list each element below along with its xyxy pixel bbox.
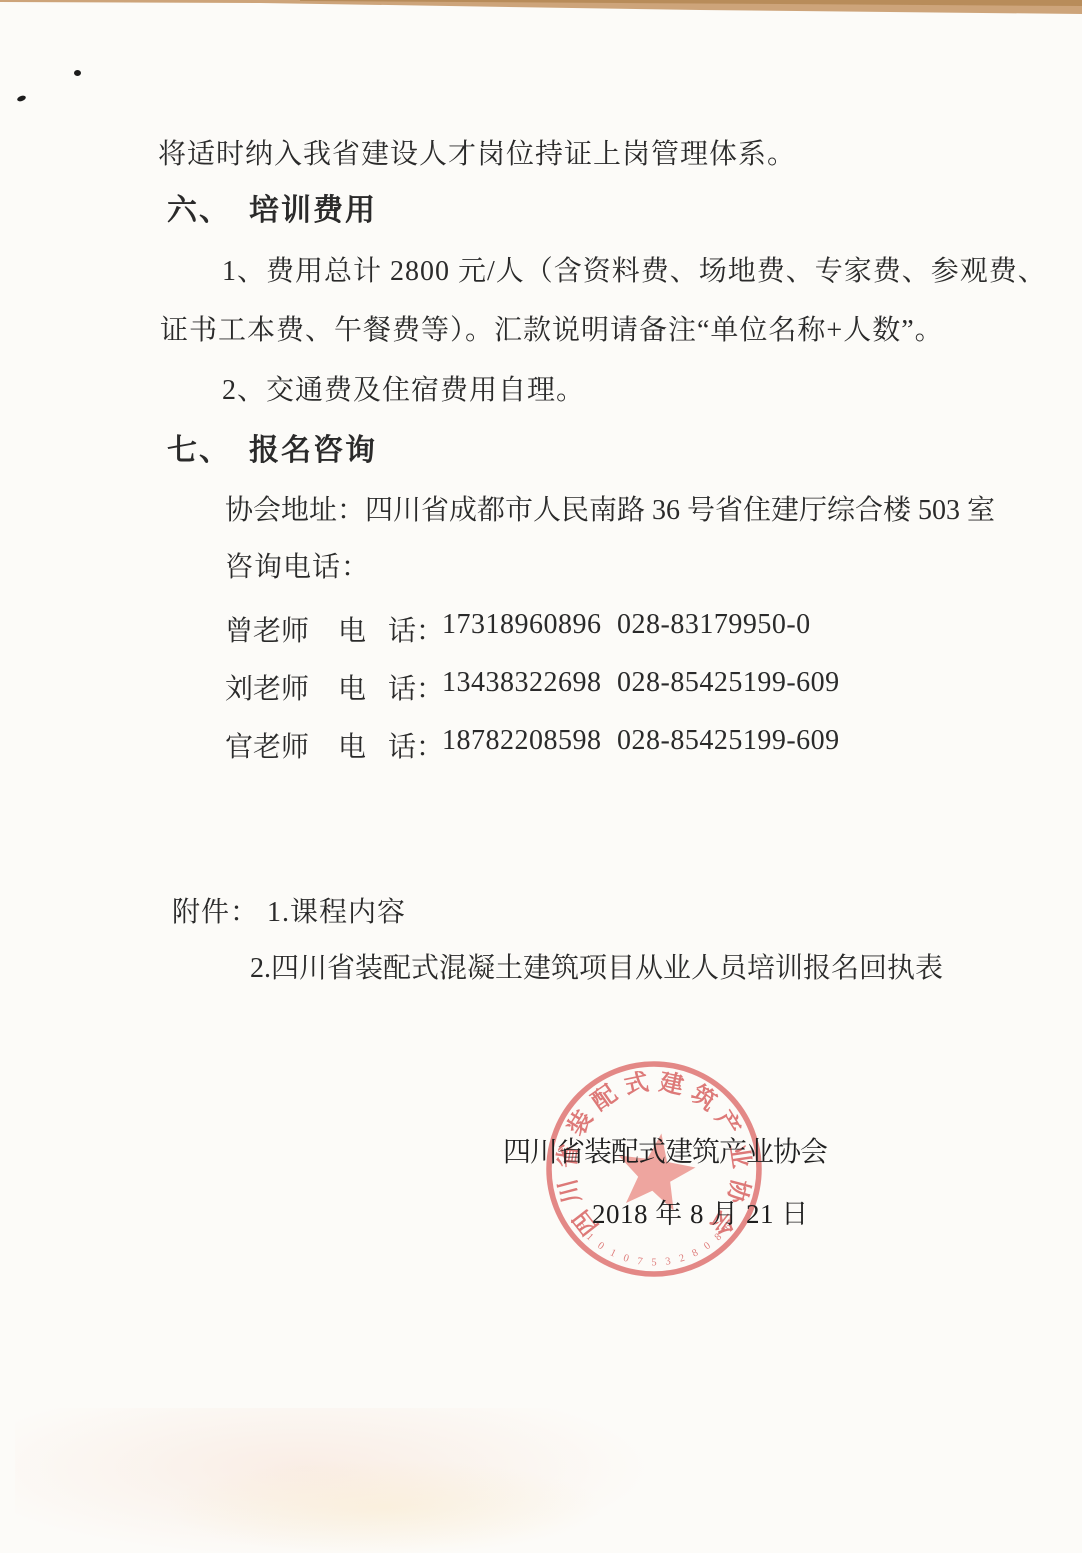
svg-text:5: 5 xyxy=(651,1258,656,1269)
ink-speck xyxy=(16,95,26,103)
contact-name: 曾老师 xyxy=(225,609,309,649)
svg-text:8: 8 xyxy=(690,1247,700,1259)
signature-org: 四川省装配式建筑产业协会 xyxy=(503,1130,827,1170)
svg-text:3: 3 xyxy=(665,1256,672,1268)
attachments-line: 附件：1.课程内容 xyxy=(172,896,406,930)
svg-text:0: 0 xyxy=(595,1240,606,1252)
svg-text:式: 式 xyxy=(622,1069,651,1100)
association-address: 协会地址：四川省成都市人民南路 36 号省住建厅综合楼 503 室 xyxy=(225,494,995,528)
attachments-label: 附件： xyxy=(172,897,259,928)
phone-label: 咨询电话： xyxy=(225,551,370,585)
signature-date: 2018 年 8 月 21 日 xyxy=(592,1192,809,1231)
svg-text:7: 7 xyxy=(636,1256,643,1268)
svg-text:建: 建 xyxy=(657,1069,686,1100)
svg-text:0: 0 xyxy=(622,1253,630,1265)
scan-noise-blotch xyxy=(15,1408,655,1553)
section-number: 七、 xyxy=(167,434,231,467)
svg-text:川: 川 xyxy=(555,1176,586,1206)
fee-item-1-line-2: 证书工本费、午餐费等）。汇款说明请备注“单位名称+人数”。 xyxy=(160,314,944,348)
section-title: 报名咨询 xyxy=(249,434,377,467)
contact-mobile-number: 13438322698 xyxy=(442,667,602,699)
contact-mobile-number: 18782208598 xyxy=(442,725,602,757)
ink-speck xyxy=(74,70,81,76)
section-number: 六、 xyxy=(167,194,231,227)
intro-paragraph: 将适时纳入我省建设人才岗位持证上岗管理体系。 xyxy=(158,138,796,172)
contact-name: 官老师 xyxy=(225,725,309,765)
contact-row: 曾老师 电 话： 17318960896 028-83179950-0 xyxy=(225,609,865,643)
scan-edge-top xyxy=(0,0,1082,18)
contact-name: 刘老师 xyxy=(225,667,309,707)
contact-tel-label: 电 xyxy=(338,667,366,707)
official-seal-stamp: 四川省装配式建筑产业协会 5101075328086 xyxy=(539,1052,773,1292)
contact-tel-label: 话： xyxy=(388,725,444,765)
section-heading-contact: 七、报名咨询 xyxy=(167,434,377,468)
section-title: 培训费用 xyxy=(249,194,377,227)
contact-tel-label: 话： xyxy=(388,667,444,707)
contact-tel-label: 话： xyxy=(388,609,444,649)
attachment-item-1: 1.课程内容 xyxy=(267,897,406,928)
contact-landline-number: 028-85425199-609 xyxy=(617,725,840,757)
svg-text:0: 0 xyxy=(702,1240,713,1252)
contact-tel-label: 电 xyxy=(338,725,366,765)
section-heading-fee: 六、培训费用 xyxy=(167,194,377,228)
contact-landline-number: 028-83179950-0 xyxy=(617,609,811,641)
fee-item-1-line-1: 1、费用总计 2800 元/人（含资料费、场地费、专家费、参观费、 xyxy=(222,255,1047,289)
contact-row: 刘老师 电 话： 13438322698 028-85425199-609 xyxy=(225,667,865,701)
fee-item-2: 2、交通费及住宿费用自理。 xyxy=(222,374,585,408)
contact-tel-label: 电 xyxy=(338,609,366,649)
svg-text:2: 2 xyxy=(678,1253,686,1265)
svg-text:1: 1 xyxy=(608,1247,618,1259)
contact-landline-number: 028-85425199-609 xyxy=(617,667,840,699)
scanned-document-page: { "document": { "intro_line": "将适时纳入我省建设… xyxy=(0,0,1082,1553)
scan-noise-blotch xyxy=(170,1460,600,1553)
contact-mobile-number: 17318960896 xyxy=(442,609,602,641)
attachment-item-2: 2.四川省装配式混凝土建筑项目从业人员培训报名回执表 xyxy=(250,952,943,986)
contact-row: 官老师 电 话： 18782208598 028-85425199-609 xyxy=(225,725,865,759)
